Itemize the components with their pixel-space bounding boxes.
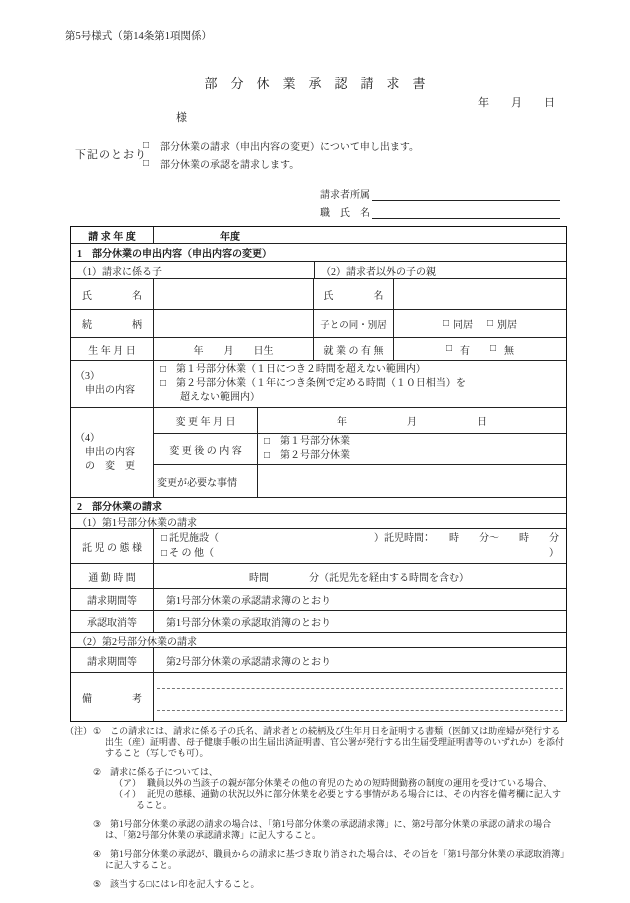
childcare-facility-label: 託児施設（ <box>169 531 219 546</box>
relation-label: 続 柄 <box>71 310 154 337</box>
note-item-5: ⑤該当する□にはレ印を記入すること。 <box>65 879 568 890</box>
section1-header: 1 部分休業の申出内容（申出内容の変更） <box>71 244 566 262</box>
remarks-label: 備 考 <box>71 673 154 721</box>
request-period-2-label: 請求期間等 <box>71 648 154 672</box>
change-content-row: 変 更 後 の 内 容 □ 第１号部分休業 □ 第２号部分休業 <box>154 434 566 466</box>
remarks-row: 備 考 <box>71 673 566 721</box>
child-name-label: 氏 名 <box>71 279 154 309</box>
commute-label: 通 勤 時 間 <box>71 564 154 588</box>
checkbox-icon[interactable]: □ <box>160 365 166 375</box>
fiscal-year-label: 請 求 年 度 <box>71 227 154 243</box>
checkbox-icon[interactable]: □ <box>143 159 149 169</box>
addressee-label: 様 <box>176 109 187 125</box>
checkbox-icon[interactable]: □ <box>487 319 493 329</box>
work-option-yes-label: 有 <box>460 342 470 357</box>
change-option-2-label: 第２号部分休業 <box>280 449 350 463</box>
childcare-hours-label[interactable]: ）託児時間： 時 分～ 時 分 <box>374 531 559 546</box>
birthdate-label: 生 年 月 日 <box>71 338 154 360</box>
note-number: ② <box>93 767 101 777</box>
item3-label: （3） 申出の内容 <box>71 361 154 407</box>
note-subitem-i: （イ）託児の態様、通勤の状況以外に部分休業を必要とする事情がある場合には、その内… <box>114 789 568 811</box>
subsection-2-1-header: （1）第1号部分休業の請求 <box>71 514 566 529</box>
note-text: 請求に係る子については、 <box>110 767 218 777</box>
requester-affiliation-row: 請求者所属 <box>320 186 560 201</box>
intro-option-2-label: 部分休業の承認を請求します。 <box>160 156 299 171</box>
note-subitem-a: （ア）職員以外の当該子の親が部分休業その他の育児のための短時間勤務の制度の運用を… <box>114 778 568 789</box>
note-sub-number: （ア） <box>114 778 141 788</box>
note-sub-number: （イ） <box>114 789 141 799</box>
checkbox-icon[interactable]: □ <box>446 344 452 354</box>
note-number: ④ <box>93 849 101 859</box>
checkbox-icon[interactable]: □ <box>264 451 270 461</box>
change-date-label: 変 更 年 月 日 <box>154 408 258 433</box>
intro-option-2: □ 部分休業の承認を請求します。 <box>143 156 299 171</box>
birthdate-field[interactable]: 年 月 日生 <box>154 338 314 360</box>
section2-header: 2 部分休業の請求 <box>71 498 566 514</box>
note-text: 該当する□にはレ印を記入すること。 <box>110 879 259 889</box>
item4-label-text-1: 申出の内容 <box>75 446 135 460</box>
checkbox-icon[interactable]: □ <box>490 344 496 354</box>
cohabit-option-1-label: 同居 <box>453 316 473 331</box>
affiliation-underline[interactable] <box>372 187 560 201</box>
main-table: 請 求 年 度 年度 1 部分休業の申出内容（申出内容の変更） （1）請求に係る… <box>70 226 567 722</box>
section2-title: 2 部分休業の請求 <box>71 498 566 513</box>
item3-number: （3） <box>75 370 100 384</box>
note-item-1: （注） ①この請求には、請求に係る子の氏名、請求者との続柄及び生年月日を証明する… <box>65 726 568 759</box>
childcare-options: □ 託児施設（ ）託児時間： 時 分～ 時 分 □ そ の 他（ ） <box>154 529 566 563</box>
commute-field[interactable]: 時間 分（託児先を経由する時間を含む） <box>154 564 566 588</box>
request-period-2-value: 第2号部分休業の承認請求簿のとおり <box>154 648 566 672</box>
parent-name-label: 氏 名 <box>314 279 394 309</box>
approval-cancel-row: 承認取消等 第1号部分休業の承認取消簿のとおり <box>71 611 566 633</box>
approval-cancel-value: 第1号部分休業の承認取消簿のとおり <box>154 611 566 632</box>
childcare-other-label: そ の 他（ <box>169 546 214 561</box>
childcare-label: 託 児 の 態 様 <box>71 529 154 563</box>
note-number: ① <box>93 726 101 736</box>
cohabit-label: 子との同・別居 <box>314 310 394 337</box>
item4-subtable: 変 更 年 月 日 年 月 日 変 更 後 の 内 容 □ 第１号部分休業 □ … <box>154 408 566 497</box>
name-label: 職 氏 名 <box>320 204 370 219</box>
checkbox-icon[interactable]: □ <box>161 549 167 559</box>
intro-option-1: □ 部分休業の請求（申出内容の変更）について申し出ます。 <box>143 138 419 153</box>
item3-row: （3） 申出の内容 □ 第１号部分休業（１日につき２時間を超えない範囲内） □ … <box>71 361 566 408</box>
intro-option-1-label: 部分休業の請求（申出内容の変更）について申し出ます。 <box>160 138 419 153</box>
change-option-1-label: 第１号部分休業 <box>280 435 350 449</box>
commute-row: 通 勤 時 間 時間 分（託児先を経由する時間を含む） <box>71 564 566 589</box>
work-option-no-label: 無 <box>504 342 514 357</box>
change-reason-label: 変更が必要な事情 <box>154 465 258 497</box>
remarks-field[interactable] <box>154 673 566 721</box>
change-reason-row: 変更が必要な事情 <box>154 465 566 497</box>
request-period-1-label: 請求期間等 <box>71 589 154 610</box>
form-number: 第5号様式（第14条第1項関係） <box>65 28 212 43</box>
cohabit-options: □ 同居 □ 別居 <box>394 310 566 337</box>
work-status-options: □ 有 □ 無 <box>394 338 566 360</box>
change-content-label: 変 更 後 の 内 容 <box>154 434 258 465</box>
form-page: 第5号様式（第14条第1項関係） 部 分 休 業 承 認 請 求 書 年 月 日… <box>0 0 630 903</box>
change-reason-field[interactable] <box>258 465 566 497</box>
name-underline[interactable] <box>372 205 560 219</box>
note-sub-text: 託児の態様、通勤の状況以外に部分休業を必要とする事情がある場合には、その内容を備… <box>136 789 561 810</box>
child-name-field[interactable] <box>154 279 314 309</box>
checkbox-icon[interactable]: □ <box>443 319 449 329</box>
approval-cancel-label: 承認取消等 <box>71 611 154 632</box>
relation-field[interactable] <box>154 310 314 337</box>
subsection-1-1-title: （1）請求に係る子 <box>71 262 315 278</box>
note-number: ⑤ <box>93 879 101 889</box>
remarks-line-2[interactable] <box>157 689 563 711</box>
section1-title: 1 部分休業の申出内容（申出内容の変更） <box>71 244 566 261</box>
note-text: 第1号部分休業の承認が、職員からの請求に基づき取り消された場合は、その旨を「第1… <box>105 849 565 870</box>
birthdate-row: 生 年 月 日 年 月 日生 就 業 の 有 無 □ 有 □ 無 <box>71 338 566 361</box>
affiliation-label: 請求者所属 <box>320 186 370 201</box>
note-prefix-spacer <box>65 819 93 841</box>
request-period-1-value: 第1号部分休業の承認請求簿のとおり <box>154 589 566 610</box>
note-item-4: ④第1号部分休業の承認が、職員からの請求に基づき取り消された場合は、その旨を「第… <box>65 849 568 871</box>
note-prefix-spacer <box>65 767 93 811</box>
request-period-1-row: 請求期間等 第1号部分休業の承認請求簿のとおり <box>71 589 566 611</box>
item3-label-text: 申出の内容 <box>75 384 135 398</box>
requester-name-row: 職 氏 名 <box>320 204 560 219</box>
item3-option-1-label: 第１号部分休業（１日につき２時間を超えない範囲内） <box>176 363 426 377</box>
subsection-2-2-title: （2）第2号部分休業の請求 <box>71 633 566 647</box>
note-text: この請求には、請求に係る子の氏名、請求者との続柄及び生年月日を証明する書類（医師… <box>105 726 564 758</box>
checkbox-icon[interactable]: □ <box>161 534 167 544</box>
cohabit-option-2-label: 別居 <box>497 316 517 331</box>
name-row: 氏 名 氏 名 <box>71 279 566 310</box>
note-text: 第1号部分休業の承認の請求の場合は、「第1号部分休業の承認請求簿」に、第2号部分… <box>105 819 551 840</box>
form-title: 部 分 休 業 承 認 請 求 書 <box>0 73 630 92</box>
parent-name-field[interactable] <box>394 279 566 309</box>
subsection-2-1-title: （1）第1号部分休業の請求 <box>71 514 566 528</box>
checkbox-icon[interactable]: □ <box>160 379 166 389</box>
item4-label: （4） 申出の内容 の 変 更 <box>71 408 154 497</box>
item3-option-2-cont: 超えない範囲内） <box>160 391 260 405</box>
note-item-3: ③第1号部分休業の承認の請求の場合は、「第1号部分休業の承認請求簿」に、第2号部… <box>65 819 568 841</box>
fiscal-year-row: 請 求 年 度 年度 <box>71 227 566 244</box>
relation-row: 続 柄 子との同・別居 □ 同居 □ 別居 <box>71 310 566 338</box>
note-sub-text: 職員以外の当該子の親が部分休業その他の育児のための短時間勤務の制度の運用を受けて… <box>147 778 552 788</box>
item4-row: （4） 申出の内容 の 変 更 変 更 年 月 日 年 月 日 変 更 後 の … <box>71 408 566 498</box>
childcare-other-close-paren: ） <box>549 546 559 561</box>
remarks-line-1[interactable] <box>157 673 563 689</box>
item4-label-text-2: の 変 更 <box>75 460 135 474</box>
fiscal-year-value[interactable]: 年度 <box>154 227 566 243</box>
item3-options: □ 第１号部分休業（１日につき２時間を超えない範囲内） □ 第２号部分休業（１年… <box>154 361 566 407</box>
subsection-headers-row: （1）請求に係る子 （2）請求者以外の子の親 <box>71 262 566 279</box>
childcare-row: 託 児 の 態 様 □ 託児施設（ ）託児時間： 時 分～ 時 分 □ そ の … <box>71 529 566 564</box>
item4-number: （4） <box>75 432 100 446</box>
note-prefix-spacer <box>65 879 93 890</box>
date-line[interactable]: 年 月 日 <box>478 94 555 110</box>
note-prefix: （注） <box>65 726 93 759</box>
item3-option-2-label: 第２号部分休業（１年につき条例で定める時間（１０日相当）を <box>176 377 466 391</box>
change-date-field[interactable]: 年 月 日 <box>258 408 566 433</box>
change-date-row: 変 更 年 月 日 年 月 日 <box>154 408 566 434</box>
request-period-2-row: 請求期間等 第2号部分休業の承認請求簿のとおり <box>71 648 566 673</box>
note-prefix-spacer <box>65 849 93 871</box>
checkbox-icon[interactable]: □ <box>264 437 270 447</box>
note-item-2: ②請求に係る子については、 （ア）職員以外の当該子の親が部分休業その他の育児のた… <box>65 767 568 811</box>
notes: （注） ①この請求には、請求に係る子の氏名、請求者との続柄及び生年月日を証明する… <box>65 726 568 898</box>
change-content-options: □ 第１号部分休業 □ 第２号部分休業 <box>258 434 566 465</box>
note-number: ③ <box>93 819 101 829</box>
work-status-label: 就 業 の 有 無 <box>314 338 394 360</box>
intro-label: 下記のとおり <box>75 146 147 162</box>
subsection-1-2-title: （2）請求者以外の子の親 <box>315 262 566 278</box>
checkbox-icon[interactable]: □ <box>143 141 149 151</box>
subsection-2-2-header: （2）第2号部分休業の請求 <box>71 633 566 648</box>
